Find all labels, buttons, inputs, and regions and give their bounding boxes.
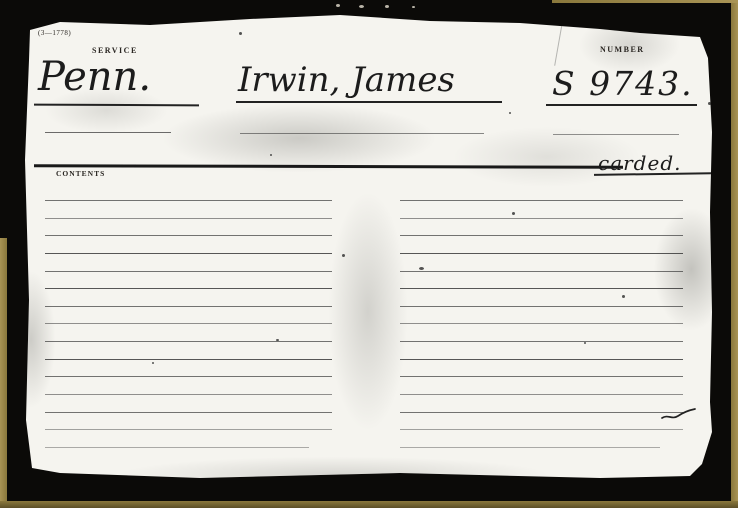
contents-rule-line [45, 200, 332, 201]
contents-rule-line [400, 376, 683, 377]
contents-rule-line [45, 376, 332, 377]
number-value-handwriting: S 9743. [552, 64, 694, 103]
contents-rule-line [45, 341, 332, 342]
name-value-handwriting: Irwin, James [238, 60, 455, 100]
contents-rule-line [400, 447, 660, 448]
ink-speck [276, 339, 279, 341]
contents-rule-line [400, 394, 683, 395]
contents-rule-line [400, 429, 683, 430]
contents-section-rule [34, 164, 623, 169]
contents-rule-line [400, 288, 683, 289]
number-underline [546, 104, 697, 106]
contents-rule-line [400, 323, 683, 324]
dust-speck [359, 5, 364, 8]
contents-rule-line [45, 429, 332, 430]
contents-lines-left-column [45, 200, 332, 448]
service-value-handwriting: Penn. [38, 54, 151, 100]
service-underline [34, 104, 199, 106]
contents-rule-line [45, 412, 332, 413]
contents-label: CONTENTS [56, 169, 105, 178]
carded-note-handwriting: carded. [598, 151, 681, 175]
contents-rule-line [45, 359, 332, 360]
contents-rule-line [45, 447, 309, 448]
ink-speck [708, 102, 711, 105]
ink-speck [509, 112, 511, 114]
contents-rule-line [400, 341, 683, 342]
contents-rule-line [400, 235, 683, 236]
scan-frame-gold-right [731, 0, 738, 508]
name-underline [236, 101, 502, 103]
ink-speck [342, 254, 345, 257]
ink-speck [419, 267, 424, 270]
contents-rule-line [45, 271, 332, 272]
blank-field-line-center [240, 133, 484, 134]
scan-frame-gold-bottom [0, 501, 738, 508]
scan-frame-gold-left [0, 238, 7, 508]
contents-rule-line [400, 200, 683, 201]
contents-rule-line [400, 218, 683, 219]
paper-crease [554, 22, 563, 66]
contents-rule-line [45, 288, 332, 289]
contents-rule-line [45, 394, 332, 395]
ink-speck [152, 362, 154, 364]
contents-rule-line [400, 412, 683, 413]
ink-speck [622, 295, 625, 298]
contents-rule-line [400, 306, 683, 307]
blank-field-line-right [553, 134, 679, 135]
contents-rule-line [400, 253, 683, 254]
blank-field-line-left [45, 132, 171, 133]
ink-speck [512, 212, 515, 215]
contents-rule-line [45, 306, 332, 307]
contents-rule-line [45, 235, 332, 236]
scan-frame-gold-top [552, 0, 738, 3]
scanned-record-viewport: (3—1778) SERVICE NUMBER Penn. Irwin, Jam… [0, 0, 738, 508]
contents-rule-line [400, 359, 683, 360]
contents-rule-line [45, 218, 332, 219]
contents-lines-right-column [400, 200, 683, 448]
dust-speck [412, 6, 415, 8]
form-number-label: (3—1778) [38, 29, 71, 37]
contents-rule-line [45, 253, 332, 254]
index-card: (3—1778) SERVICE NUMBER Penn. Irwin, Jam… [24, 12, 712, 480]
contents-rule-line [45, 323, 332, 324]
number-label: NUMBER [600, 45, 645, 54]
dust-speck [385, 5, 389, 8]
ink-speck [270, 154, 272, 156]
contents-rule-line [400, 271, 683, 272]
dust-speck [336, 4, 340, 7]
ink-squiggle [660, 406, 698, 422]
ink-speck [239, 32, 242, 35]
ink-speck [584, 342, 586, 344]
